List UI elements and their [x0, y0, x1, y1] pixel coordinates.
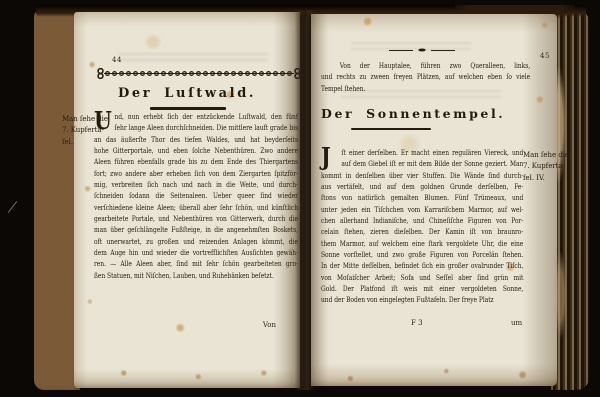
- text-line: 7. Kupferta-: [62, 125, 98, 136]
- text-line: celain ſtehen, zieren dieſelben. Der Kam…: [321, 227, 523, 238]
- text-line: ſchneiden ſodann die Seitenaleen. Ueber …: [94, 191, 298, 202]
- ornament-rule-left: [389, 50, 413, 51]
- signature-mark: F 3: [411, 319, 423, 327]
- page-number: 45: [540, 52, 550, 60]
- photo-open-book: 44 Der Luſtwald. Man ſehe die7. Kupferta…: [0, 0, 600, 397]
- text-line: Sonne vorſtellet, und zwo große Figuren …: [321, 250, 523, 261]
- text-line: aus vertäfelt, und auf dem goldnen Grund…: [321, 182, 523, 193]
- chain-ornament: [104, 70, 294, 77]
- text-line: fel.: [62, 137, 98, 148]
- margin-note: Man ſehe die7. Kupferta-fel. IV.: [523, 150, 557, 184]
- ornament-center: [417, 48, 427, 52]
- body-text: J ſt einer derſelben. Er macht einen reg…: [321, 148, 523, 307]
- chapter-heading: Der Luſtwald.: [74, 86, 300, 101]
- text-line: Gold. Der Platfond iſt weis mit einer ve…: [321, 284, 523, 295]
- text-line: ſtons von natürlich gemalten Blumen. Fün…: [321, 193, 523, 204]
- text-line: ßen Statuen, mit Niſchen, Lauben, und Ru…: [94, 271, 298, 282]
- text-line: verſchiedene kleine Aleen; überall aber …: [94, 203, 298, 214]
- text-line: mig, verbreiten ſich nach und nach in di…: [94, 180, 298, 191]
- text-line: man über geſchlängelte Fußſteige, in die…: [94, 225, 298, 236]
- text-line: Aleen führen ebenfalls grade bis zu dem …: [94, 157, 298, 168]
- text-line: dem Auge hin und wieder die vortrefflich…: [94, 248, 298, 259]
- chapter-heading: Der Sonnentempel.: [321, 106, 505, 121]
- text-line: Man ſehe die: [523, 150, 557, 161]
- margin-note: Man ſehe die7. Kupferta-fel.: [62, 114, 98, 148]
- text-line: ren. — Alle Aleen aber, ſind mit ſehr ſc…: [94, 259, 298, 270]
- text-line: hohe Gitterportale, und eben ſolche Nebe…: [94, 146, 298, 157]
- catchword: Von: [263, 321, 276, 329]
- text-line: Tempel ſtehen.: [321, 84, 530, 95]
- ornament-rule-right: [431, 50, 455, 51]
- header-ornament: [389, 48, 455, 53]
- text-line: an das äußerſte Thor des tiefen Waldes, …: [94, 135, 298, 146]
- right-page: 45 Von der Hauptalee, führen zwo Querall…: [311, 14, 557, 386]
- page-number: 44: [112, 56, 122, 64]
- text-line: und der Boden von eingelegten Fußtafeln.…: [321, 295, 523, 306]
- text-line: auf dem Giebel iſt er mit dem Bilde der …: [341, 159, 523, 170]
- text-line: ſehr lange Aleen durchſchneiden. Die mit…: [114, 123, 298, 134]
- text-line: chen allerhand Indianiſche, und Chineſiſ…: [321, 216, 523, 227]
- catchword: um: [511, 319, 522, 327]
- text-line: them Marmor, auf welchem eine ſtark verg…: [321, 239, 523, 250]
- text-line: unter jeden ein Tiſchchen vom Karrariſch…: [321, 205, 523, 216]
- drop-cap-initial: J: [321, 145, 331, 169]
- heading-rule: [150, 107, 226, 110]
- text-line: von Moſaiſcher Arbeit; Sofa und Seſſel a…: [321, 273, 523, 284]
- intro-paragraph: Von der Hauptalee, führen zwo Queralleen…: [321, 61, 530, 95]
- body-text: U nd, nun erhebt ſich der entzückende Lu…: [94, 112, 298, 282]
- heading-rule: [351, 128, 431, 130]
- text-line: und rechts zu zween freyen Plätzen, auf …: [321, 72, 530, 83]
- photo-scratch: [8, 201, 17, 213]
- text-line: kommt in denſelben über vier Stuffen. Di…: [321, 171, 523, 182]
- left-page: 44 Der Luſtwald. Man ſehe die7. Kupferta…: [74, 12, 300, 388]
- text-line: Von der Hauptalee, führen zwo Queralleen…: [340, 61, 530, 72]
- text-line: nd, nun erhebt ſich der entzückende Luſt…: [114, 112, 298, 123]
- text-line: 7. Kupferta-: [523, 161, 557, 172]
- text-line: ſt einer derſelben. Er macht einen regul…: [341, 148, 523, 159]
- text-line: In der Mitte deſſelben, befindet ſich ei…: [321, 261, 523, 272]
- text-line: oft unerwartet, zu großen und reizenden …: [94, 237, 298, 248]
- text-line: Man ſehe die: [62, 114, 98, 125]
- text-line: fel. IV.: [523, 173, 557, 184]
- text-line: gearbeitete Portale, und Nebenthüren von…: [94, 214, 298, 225]
- drop-cap-initial: U: [94, 109, 112, 133]
- text-line: fort; zwo andere aber erheben ſich von d…: [94, 169, 298, 180]
- showthrough-ghost: [118, 52, 268, 61]
